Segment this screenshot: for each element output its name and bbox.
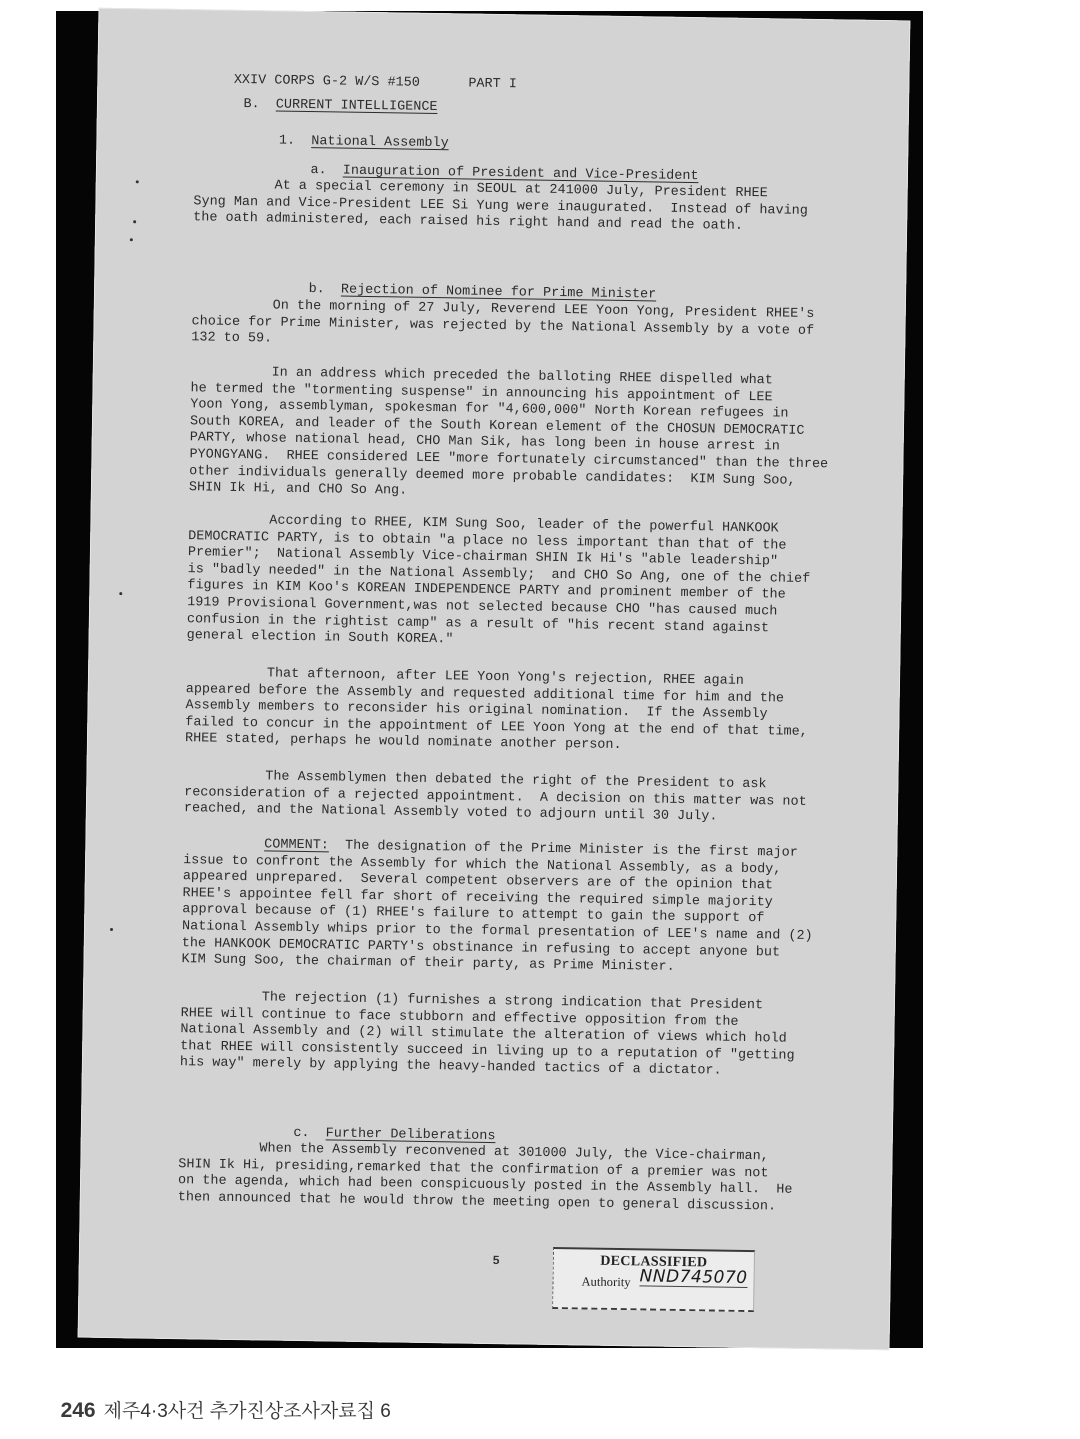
margin-dot <box>119 592 122 595</box>
margin-dot <box>110 928 113 931</box>
book-title: 제주4·3사건 추가진상조사자료집 6 <box>104 1401 391 1422</box>
comment-label: COMMENT: <box>264 837 329 853</box>
declassified-stamp: DECLASSIFIED Authority NND745070 <box>552 1247 755 1312</box>
paragraph-according-to-rhee: According to RHEE, KIM Sung Soo, leader … <box>186 512 848 655</box>
item-title: Further Deliberations <box>326 1126 496 1144</box>
item-letter: a. <box>310 163 326 178</box>
paragraph-further-deliberations: When the Assembly reconvened at 301000 J… <box>178 1140 839 1217</box>
section-title: CURRENT INTELLIGENCE <box>276 97 438 115</box>
section-letter: B. <box>243 97 259 112</box>
item-letter: b. <box>308 282 324 297</box>
paragraph-rejection-consequences: The rejection (1) furnishes a strong ind… <box>180 989 841 1082</box>
book-footer: 246제주4·3사건 추가진상조사자료집 6 <box>50 1374 391 1423</box>
paragraph-inauguration: At a special ceremony in SEOUL at 241000… <box>193 177 854 237</box>
paragraph-rejection-vote: On the morning of 27 July, Reverend LEE … <box>191 297 852 357</box>
paragraph-assemblymen-debated: The Assemblymen then debated the right o… <box>184 768 845 828</box>
margin-dot <box>133 220 136 223</box>
document-page-number: 5 <box>493 1252 500 1269</box>
stamp-authority-label: Authority <box>581 1273 630 1290</box>
typewritten-document: XXIV CORPS G-2 W/S #150 PART I B. CURREN… <box>78 8 911 1351</box>
paragraph-that-afternoon: That afternoon, after LEE Yoon Yong's re… <box>185 665 846 758</box>
document-page: XXIV CORPS G-2 W/S #150 PART I B. CURREN… <box>78 8 911 1351</box>
stamp-authority-handwritten: NND745070 <box>639 1268 747 1287</box>
paragraph-comment: COMMENT: The designation of the Prime Mi… <box>181 836 843 979</box>
item-title: Rejection of Nominee for Prime Minister <box>341 282 657 302</box>
margin-dot <box>136 180 139 183</box>
header-part: PART I <box>468 76 517 92</box>
paragraph-address: In an address which preceded the balloti… <box>189 364 851 507</box>
item-letter: c. <box>293 1125 309 1140</box>
book-page-number: 246 <box>61 1399 96 1422</box>
margin-dot <box>130 238 133 241</box>
